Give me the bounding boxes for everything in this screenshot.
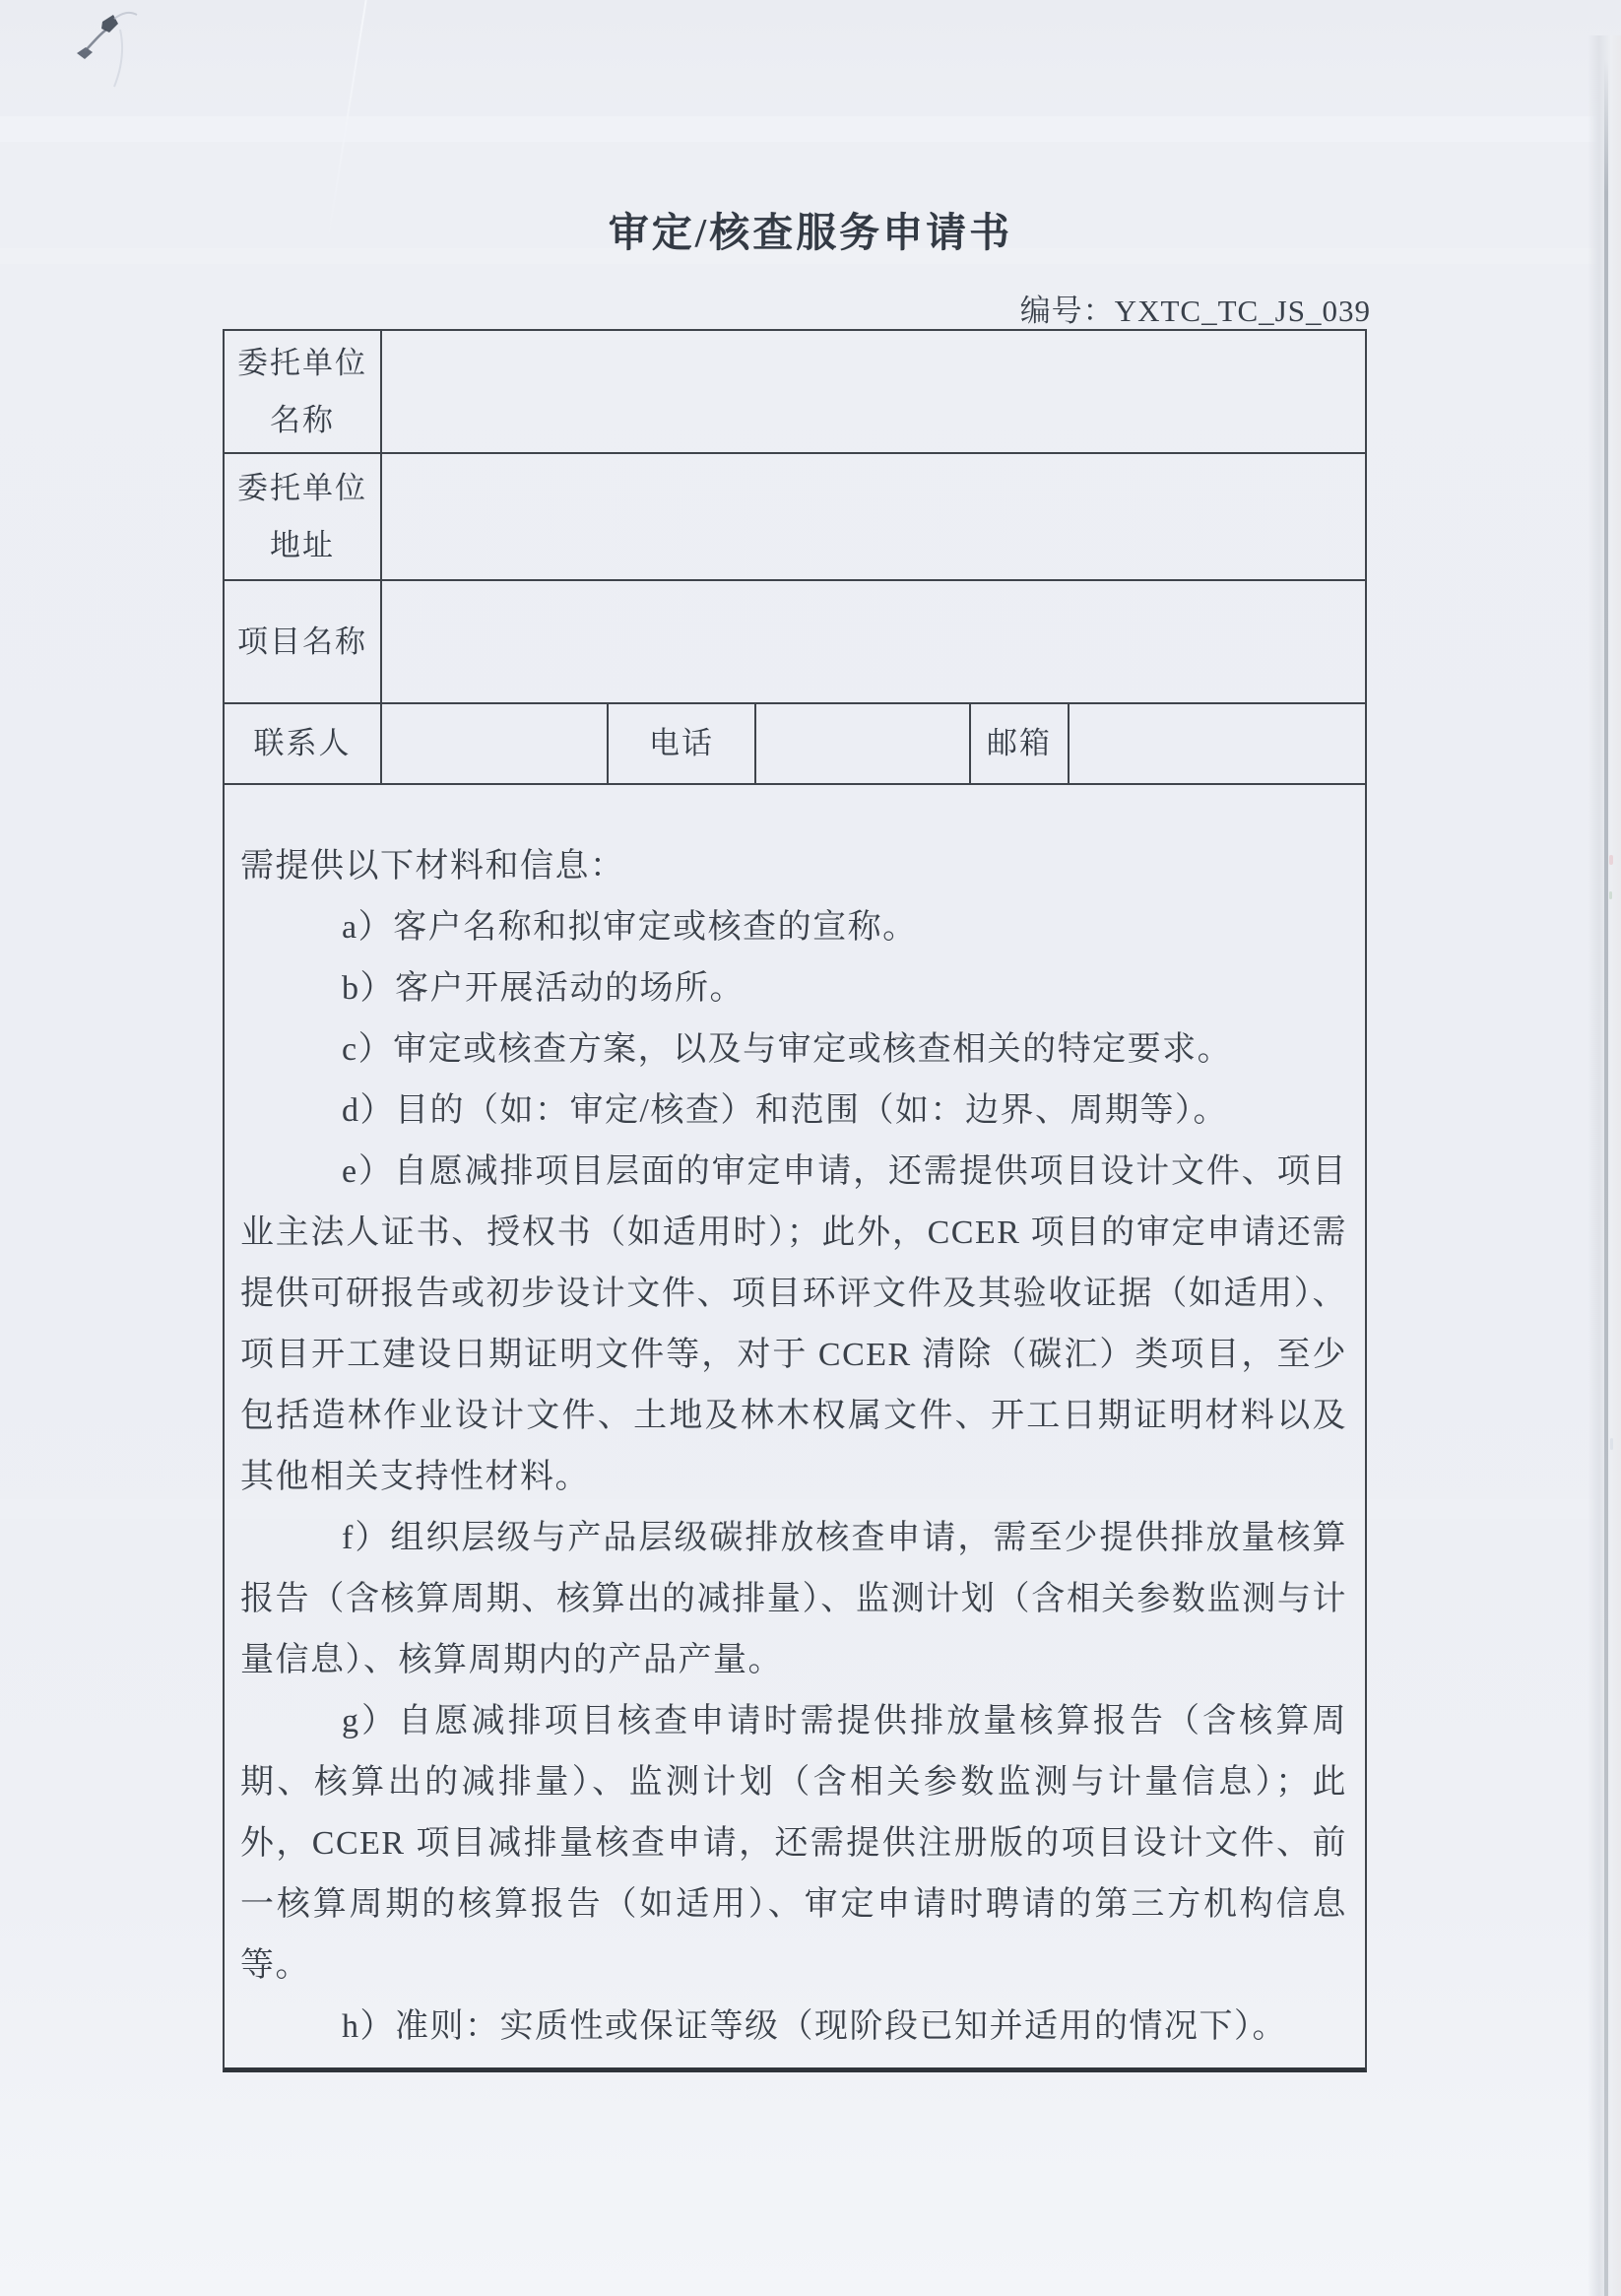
scan-band — [0, 116, 1621, 142]
email-value-cell — [1070, 704, 1365, 783]
document-number: 编号：YXTC_TC_JS_039 — [0, 286, 1371, 330]
material-item-h: h）准则：实质性或保证等级（现阶段已知并适用的情况下）。 — [240, 1997, 1347, 2058]
client-address-label: 委托单位地址 — [225, 454, 382, 579]
form-row-client-name: 委托单位名称 — [225, 331, 1365, 452]
client-name-label: 委托单位名称 — [225, 331, 382, 452]
form-row-client-address: 委托单位地址 — [225, 452, 1365, 579]
phone-label: 电话 — [609, 704, 756, 783]
material-item-g: g）自愿减排项目核查申请时需提供排放量核算报告（含核算周期、核算出的减排量）、监… — [240, 1691, 1347, 1997]
required-materials-section: 需提供以下材料和信息： a）客户名称和拟审定或核查的宣称。 b）客户开展活动的场… — [225, 783, 1365, 2067]
email-label: 邮箱 — [971, 704, 1070, 783]
scan-artifact — [1609, 891, 1612, 899]
document-title: 审定/核查服务申请书 — [0, 200, 1621, 258]
contact-person-label: 联系人 — [225, 704, 382, 783]
form-row-project-name: 项目名称 — [225, 579, 1365, 702]
project-name-value-cell — [382, 581, 1365, 702]
ink-scribble-mark — [57, 6, 156, 95]
materials-intro: 需提供以下材料和信息： — [240, 836, 1347, 897]
material-item-i: i）审定或核查方案要求的其他信息。 — [240, 2058, 1347, 2067]
material-item-d: d）目的（如：审定/核查）和范围（如：边界、周期等）。 — [240, 1081, 1347, 1142]
phone-value-cell — [756, 704, 971, 783]
project-name-label: 项目名称 — [225, 581, 382, 702]
page-edge-line — [1604, 59, 1608, 2296]
scan-artifact — [1609, 855, 1613, 865]
scanned-document-page: 审定/核查服务申请书 编号：YXTC_TC_JS_039 委托单位名称 委托单位… — [0, 0, 1621, 2296]
material-item-e: e）自愿减排项目层面的审定申请，还需提供项目设计文件、项目业主法人证书、授权书（… — [240, 1142, 1347, 1508]
material-item-c: c）审定或核查方案，以及与审定或核查相关的特定要求。 — [240, 1019, 1347, 1081]
material-item-b: b）客户开展活动的场所。 — [240, 958, 1347, 1019]
client-address-value-cell — [382, 454, 1365, 579]
client-name-value-cell — [382, 331, 1365, 452]
material-item-a: a）客户名称和拟审定或核查的宣称。 — [240, 897, 1347, 958]
scan-artifact — [1610, 1438, 1613, 1450]
application-form-table: 委托单位名称 委托单位地址 项目名称 联系人 电话 邮箱 需提供以下材料和信息：… — [223, 329, 1367, 2072]
form-row-contact: 联系人 电话 邮箱 — [225, 702, 1365, 783]
material-item-f: f）组织层级与产品层级碳排放核查申请，需至少提供排放量核算报告（含核算周期、核算… — [240, 1508, 1347, 1691]
contact-person-value-cell — [382, 704, 609, 783]
